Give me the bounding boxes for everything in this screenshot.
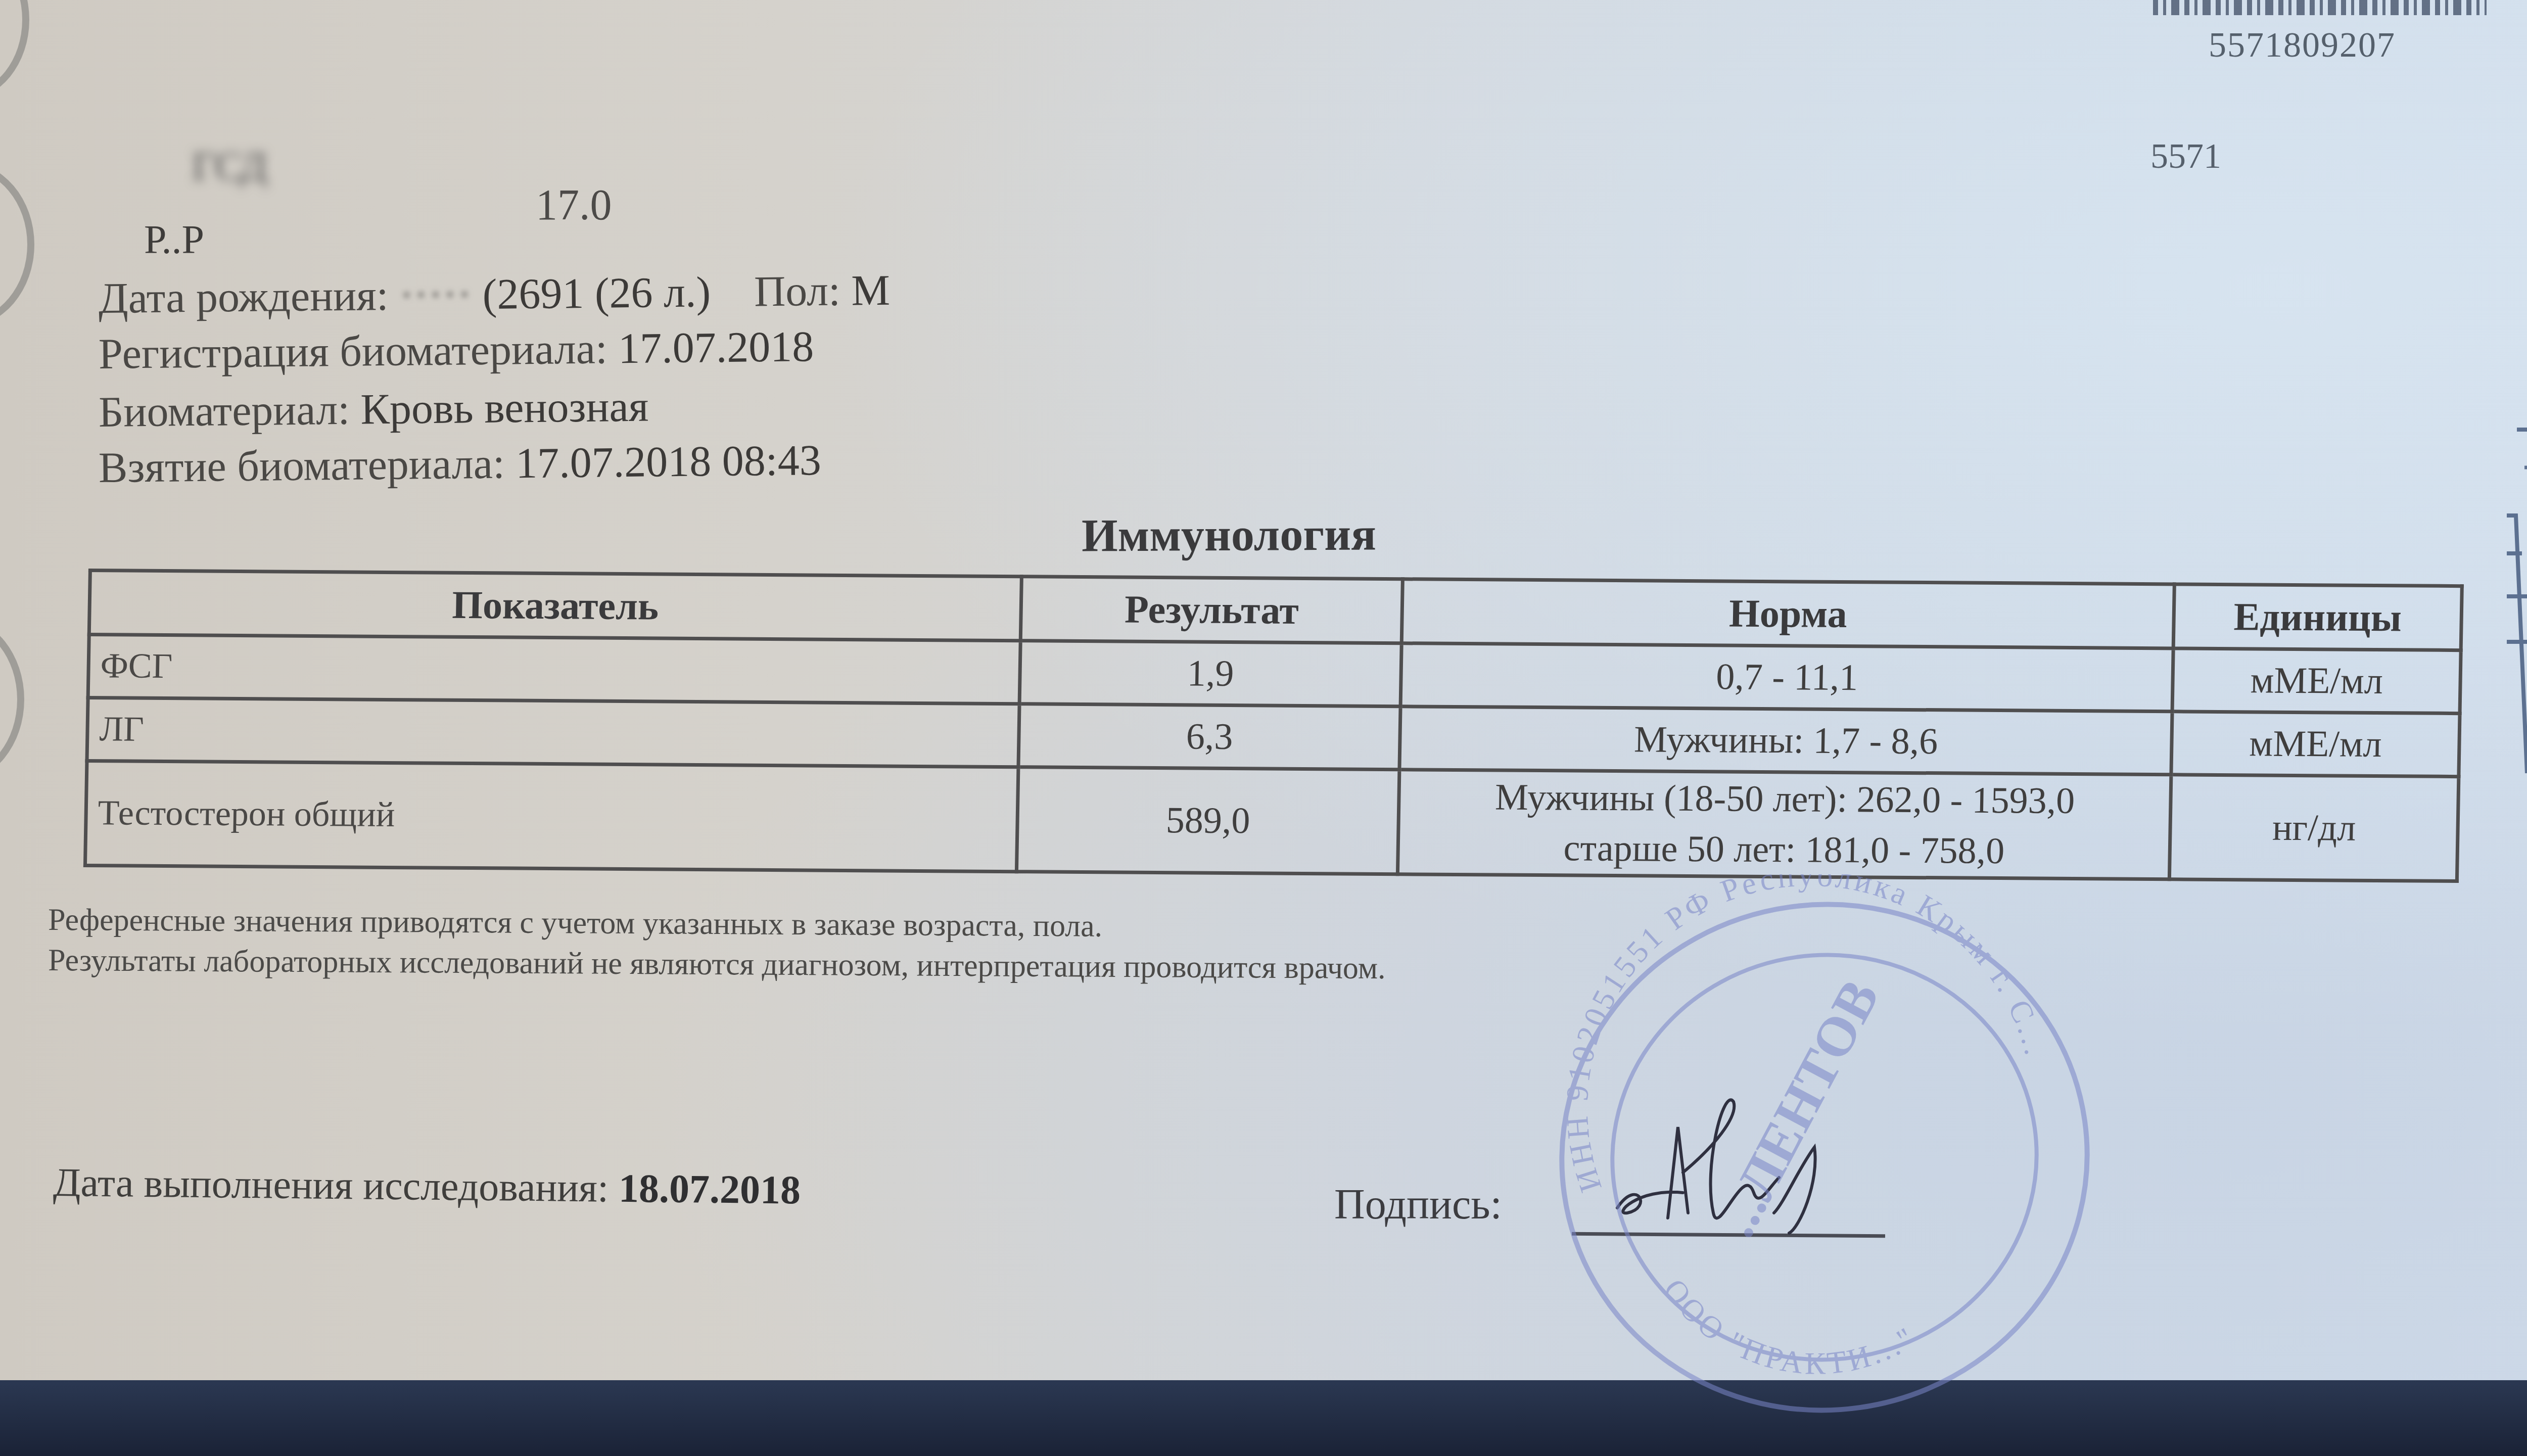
norm-range: Мужчины (18-50 лет): 262,0 - 1593,0 стар… — [1398, 770, 2171, 879]
redacted-fragment: 17.0 — [536, 179, 612, 230]
footnote-reference-values: Референсные значения приводятся с учетом… — [48, 902, 1103, 945]
section-title: Иммунология — [1082, 507, 1376, 562]
svg-text:ООО "ПРАКТИ...": ООО "ПРАКТИ..." — [1657, 1273, 1923, 1381]
header-units: Единицы — [2173, 584, 2462, 650]
biomaterial-line: Биоматериал: Кровь венозная — [98, 381, 648, 437]
collection-label: Взятие биоматериала: — [98, 439, 505, 492]
indicator-name: ЛГ — [87, 697, 1019, 767]
header-result: Результат — [1020, 577, 1403, 643]
registration-value: 17.07.2018 — [618, 322, 814, 372]
result-value: 1,9 — [1019, 641, 1402, 707]
result-value: 6,3 — [1018, 704, 1401, 770]
sex-label: Пол: — [754, 266, 841, 316]
signature-label: Подпись: — [1334, 1180, 1502, 1229]
birth-date-label: Дата рождения: — [98, 271, 389, 322]
svg-text:...ЛЕНТОВ: ...ЛЕНТОВ — [1705, 970, 1891, 1246]
norm-range: Мужчины: 1,7 - 8,6 — [1399, 707, 2172, 775]
table-row: Тестостерон общий 589,0 Мужчины (18-50 л… — [85, 761, 2458, 881]
page-edge-marks — [2507, 419, 2527, 773]
completion-date-value: 18.07.2018 — [619, 1166, 801, 1213]
collection-value: 17.07.2018 08:43 — [516, 436, 821, 487]
redacted-birth-date: ····· — [399, 270, 472, 319]
redacted-fragment: Р..Р — [144, 217, 204, 263]
norm-range-line: старше 50 лет: 181,0 - 758,0 — [1399, 822, 2169, 877]
registration-line: Регистрация биоматериала: 17.07.2018 — [98, 321, 814, 379]
completion-date-label: Дата выполнения исследования: — [53, 1160, 609, 1211]
completion-date-line: Дата выполнения исследования: 18.07.2018 — [53, 1160, 801, 1213]
header-norm: Норма — [1401, 579, 2174, 648]
order-number: 5571 — [2150, 136, 2221, 177]
sex-value: М — [851, 266, 890, 315]
results-table: Показатель Результат Норма Единицы ФСГ 1… — [83, 569, 2464, 883]
indicator-name: ФСГ — [88, 635, 1020, 704]
barcode-number: 5571809207 — [2209, 25, 2396, 66]
results-table-container: Показатель Результат Норма Единицы ФСГ 1… — [83, 569, 2464, 883]
units: мМЕ/мл — [2171, 712, 2460, 777]
background-surface — [0, 1380, 2527, 1456]
norm-range-line: Мужчины (18-50 лет): 262,0 - 1593,0 — [1400, 771, 2170, 827]
registration-label: Регистрация биоматериала: — [98, 324, 607, 378]
result-value: 589,0 — [1016, 767, 1399, 874]
units: нг/дл — [2170, 775, 2459, 881]
norm-range: 0,7 - 11,1 — [1400, 643, 2173, 712]
birth-date-line: Дата рождения: ····· (2691 (26 л.) Пол: … — [98, 265, 890, 323]
biomaterial-label: Биоматериал: — [98, 385, 350, 436]
collection-line: Взятие биоматериала: 17.07.2018 08:43 — [98, 435, 821, 493]
units: мМЕ/мл — [2172, 648, 2461, 714]
official-stamp-icon: ИНН 9102051551 РФ Республика Крым г. С..… — [1531, 874, 2138, 1420]
birth-date-value: (2691 (26 л.) — [482, 267, 711, 318]
barcode-icon — [2153, 0, 2487, 15]
biomaterial-value: Кровь венозная — [360, 382, 649, 434]
header-indicator: Показатель — [89, 571, 1021, 641]
indicator-name: Тестостерон общий — [85, 761, 1018, 871]
